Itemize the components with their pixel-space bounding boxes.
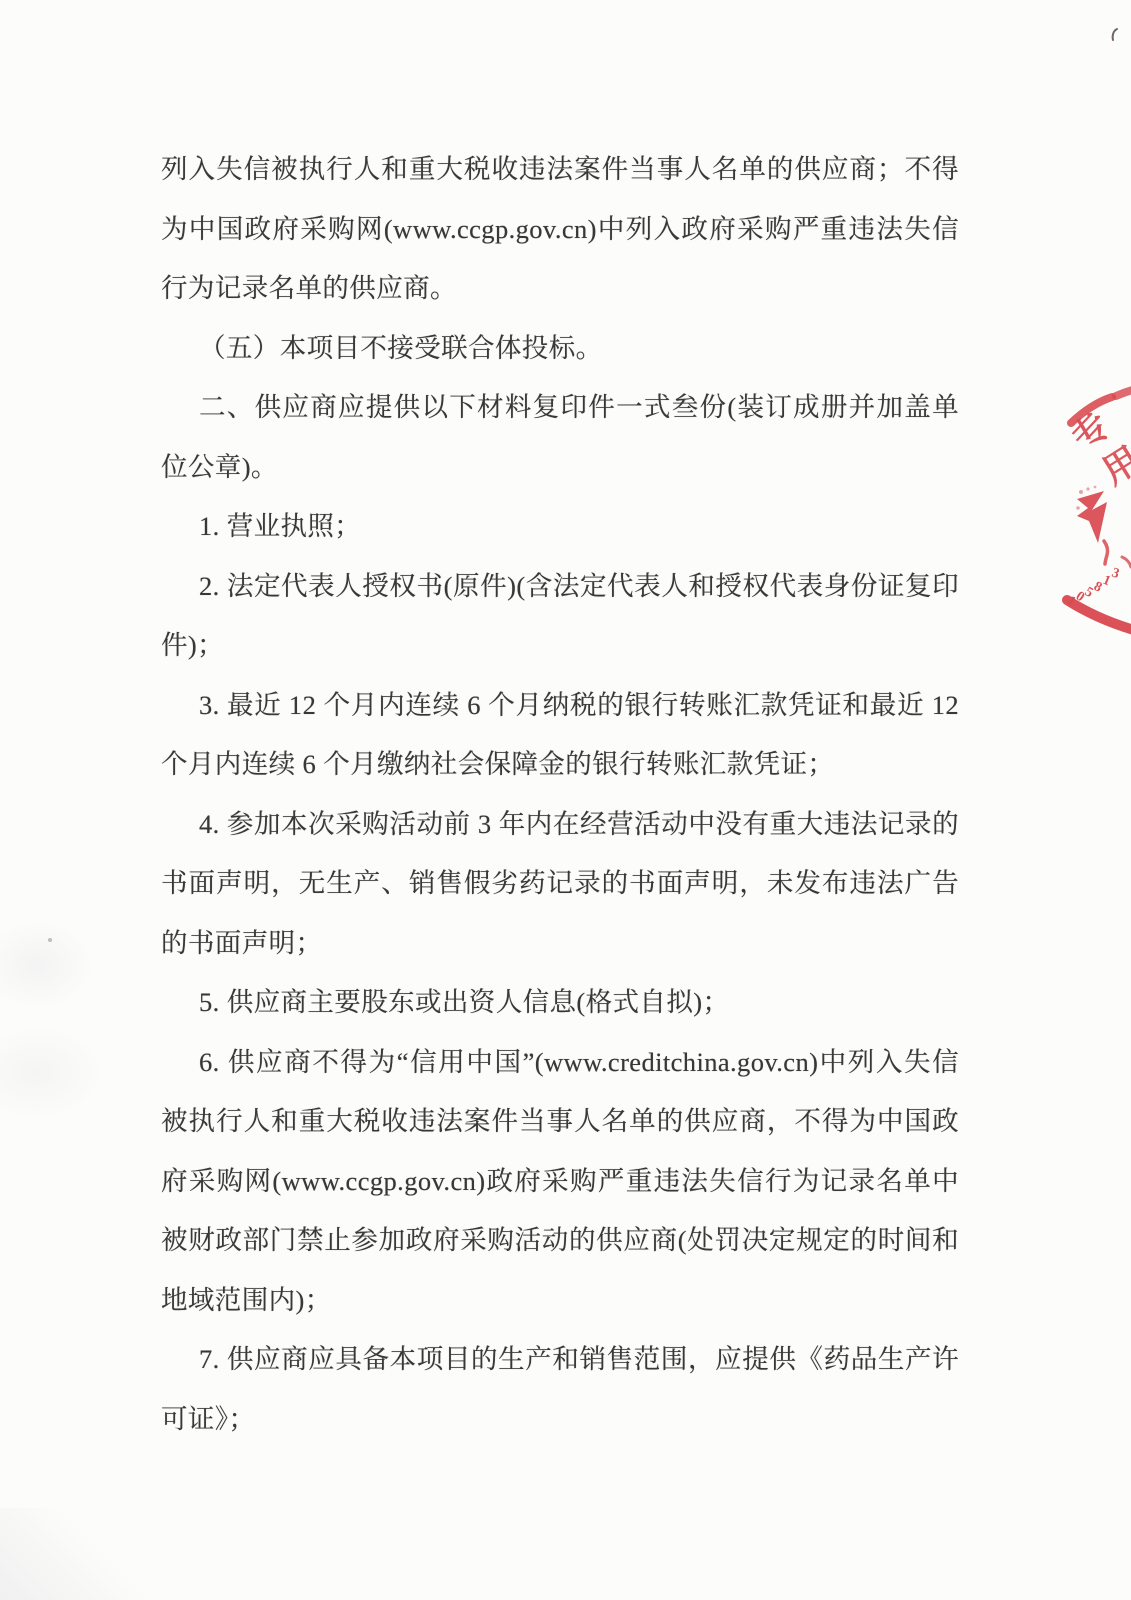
paragraph-material-3: 3. 最近 12 个月内连续 6 个月纳税的银行转账汇款凭证和最近 12 个月内… — [161, 676, 959, 795]
paragraph-material-6: 6. 供应商不得为“信用中国”(www.creditchina.gov.cn)中… — [161, 1033, 959, 1331]
scan-speck — [48, 938, 52, 942]
scan-corner-shadow — [0, 1508, 160, 1600]
stamp-serial-digit: 3 — [1110, 566, 1121, 582]
paragraph-material-4: 4. 参加本次采购活动前 3 年内在经营活动中没有重大违法记录的书面声明，无生产… — [161, 795, 959, 974]
document-body: 列入失信被执行人和重大税收违法案件当事人名单的供应商；不得为中国政府采购网(ww… — [161, 140, 959, 1449]
stamp-ink-fragment-1 — [1104, 541, 1108, 564]
stamp-star-icon — [1077, 491, 1107, 543]
paragraph-material-5: 5. 供应商主要股东或出资人信息(格式自拟)； — [161, 973, 959, 1033]
stamp-outer-ring-top-arc-2 — [1116, 389, 1131, 396]
paragraph-material-7: 7. 供应商应具备本项目的生产和销售范围，应提供《药品生产许可证》； — [161, 1330, 959, 1449]
paragraph-continuation: 列入失信被执行人和重大税收违法案件当事人名单的供应商；不得为中国政府采购网(ww… — [161, 140, 959, 319]
stamp-serial-number: 1 0 5 8 1 3 — [1064, 566, 1122, 610]
paragraph-section-2: 二、供应商应提供以下材料复印件一式叁份(装订成册并加盖单位公章)。 — [161, 378, 959, 497]
stamp-ink-speckle — [1079, 490, 1083, 494]
scan-artifact-mark — [1100, 14, 1131, 54]
stamp-ink-speckle — [1094, 486, 1097, 489]
stamp-outer-ring-bottom-arc — [1067, 600, 1131, 630]
scan-smudge — [0, 1025, 105, 1120]
paragraph-material-1: 1. 营业执照； — [161, 497, 959, 557]
paragraph-material-2: 2. 法定代表人授权书(原件)(含法定代表人和授权代表身份证复印件)； — [161, 557, 959, 676]
stamp-ink-speckle — [1076, 506, 1080, 510]
scan-smudge — [0, 920, 95, 1010]
stamp-ink-speckle — [1086, 487, 1089, 490]
official-seal-stamp: 专 用 1 0 5 8 1 3 — [1015, 368, 1131, 643]
paragraph-item-5: （五）本项目不接受联合体投标。 — [161, 319, 959, 379]
stamp-ink-fragment-2 — [1122, 557, 1131, 567]
scanned-document-page: 列入失信被执行人和重大税收违法案件当事人名单的供应商；不得为中国政府采购网(ww… — [0, 0, 1131, 1600]
